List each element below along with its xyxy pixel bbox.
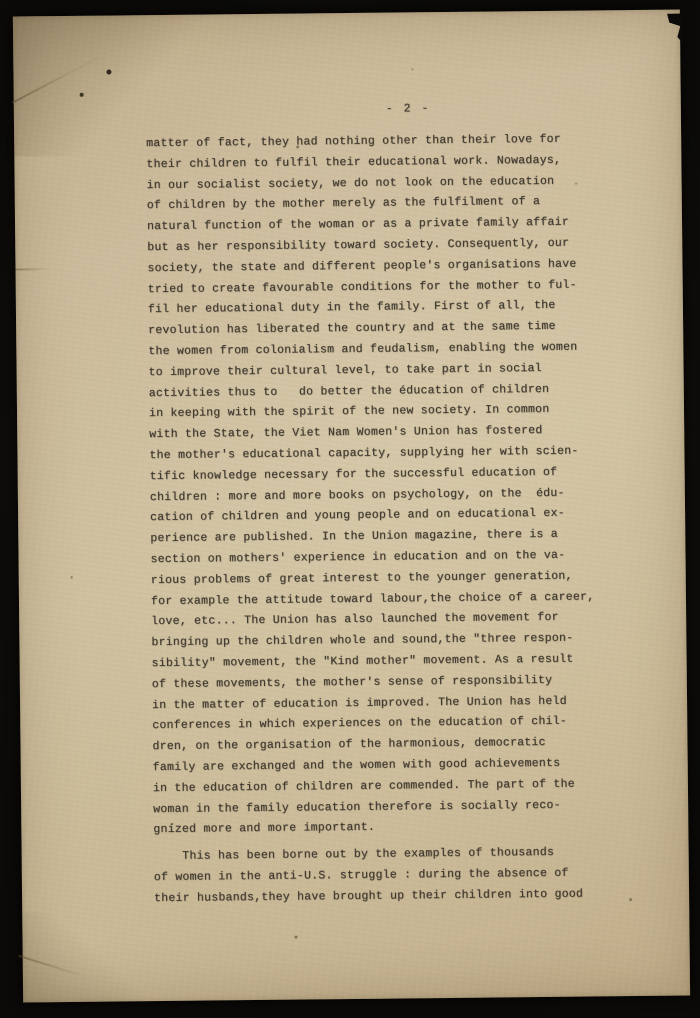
page-number: - 2 - [386,100,646,135]
text-line: gnized more and more important. [153,818,653,844]
paper-crease [18,954,85,976]
paper-crease [15,268,49,270]
paper-speck [294,936,297,939]
document-page: - 2 - matter of fact, they had nothing o… [13,10,690,1003]
paper-speck [80,93,84,97]
paper-speck [106,69,111,74]
paper-speck [71,576,73,579]
corner-shadow-bottom-left [22,911,143,1002]
torn-corner [661,14,683,44]
typewritten-text: - 2 - matter of fact, they had nothing o… [146,100,654,913]
paper-speck [411,68,413,70]
paragraph: matter of fact, they had nothing other t… [146,132,653,844]
paper-crease [12,46,119,103]
text-line: their husbands,they have brought up thei… [154,887,654,913]
scan-background: - 2 - matter of fact, they had nothing o… [0,0,700,1018]
paragraph: This has been borne out by the examples … [154,845,655,913]
